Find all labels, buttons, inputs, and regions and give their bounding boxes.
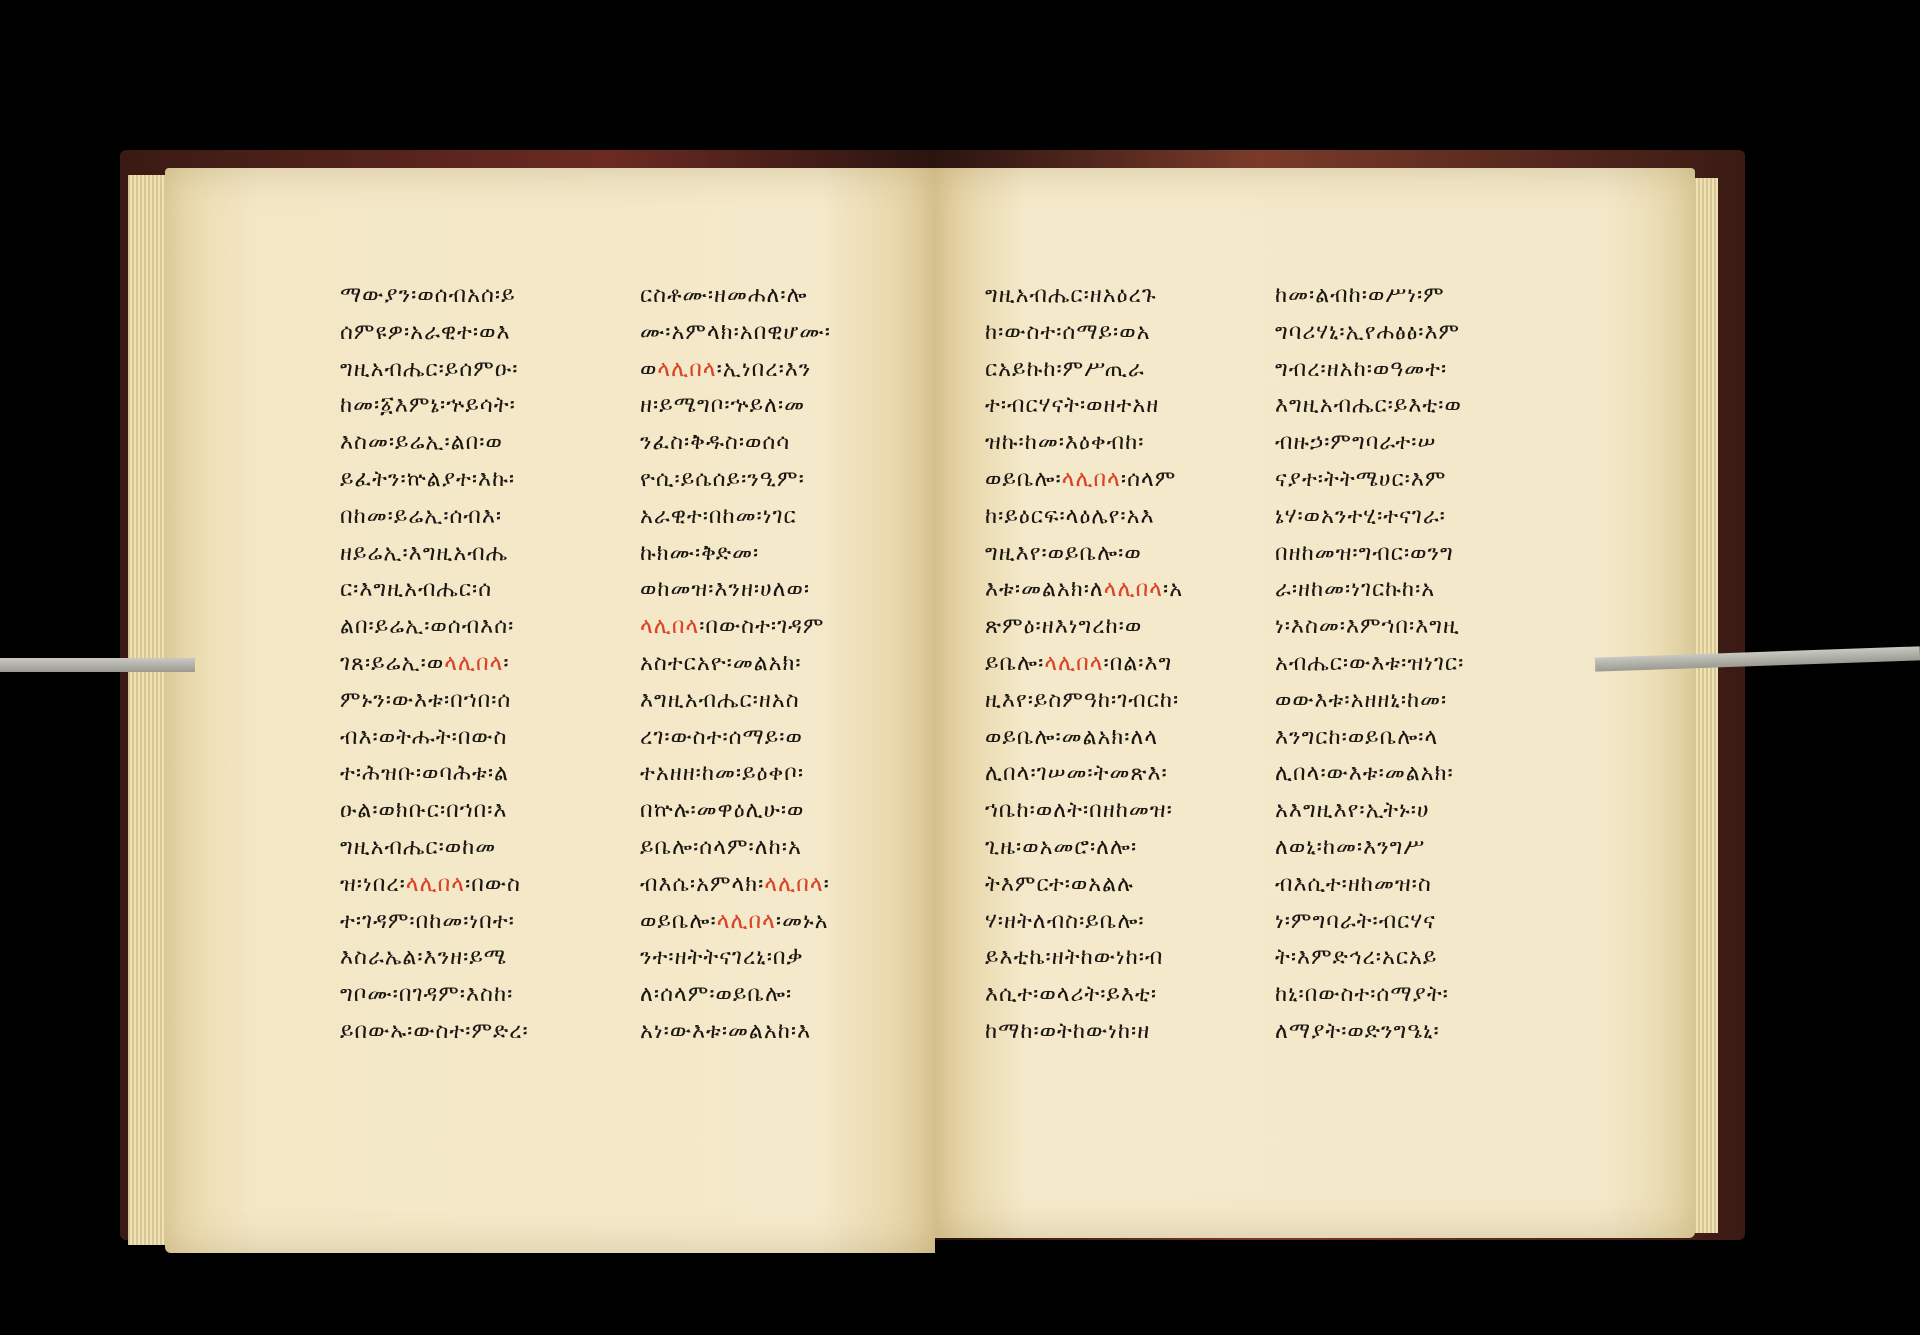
manuscript-line: ወላሊበላ፡ኢነበረ፡እን xyxy=(640,352,831,389)
manuscript-line: ግቦሙ፡በገዳም፡እስከ፡ xyxy=(340,977,529,1014)
manuscript-line: ላሊበላ፡በውስተ፡ገዳም xyxy=(640,609,831,646)
manuscript-line: ከኒ፡በውስተ፡ሰማያት፡ xyxy=(1275,977,1464,1014)
manuscript-line: ራ፡ዘከመ፡ነገርኩከ፡አ xyxy=(1275,572,1464,609)
manuscript-line: ግዚአብሔር፡ዘአዕረጉ xyxy=(985,278,1183,315)
manuscript-line: ተ፡ብርሃናት፡ወዘተአዘ xyxy=(985,388,1183,425)
rubric-word: ላሊበላ xyxy=(1104,577,1163,602)
manuscript-line: አስተርአዮ፡መልአክ፡ xyxy=(640,646,831,683)
bookmark-strip-left xyxy=(0,658,195,672)
rubric-word: ላሊበላ xyxy=(640,614,699,639)
manuscript-line: ትእምርተ፡ወአልሉ xyxy=(985,867,1183,904)
manuscript-line: ሰምዩዎ፡አራዊተ፡ወእ xyxy=(340,315,529,352)
manuscript-line: ተ፡ገዳም፡በከመ፡ነበተ፡ xyxy=(340,904,529,941)
text-column-1: ማውያን፡ወሰብአሰ፡ይሰምዩዎ፡አራዊተ፡ወእግዚአብሔር፡ይሰምዑ፡ከመ፡፩… xyxy=(340,278,529,1051)
manuscript-line: ነ፡እስመ፡እምኀበ፡እግዚ xyxy=(1275,609,1464,646)
manuscript-line: ለማያት፡ወድንግዔኒ፡ xyxy=(1275,1014,1464,1051)
page-edges-left xyxy=(128,175,168,1245)
rubric-word: ላሊበላ xyxy=(764,872,823,897)
manuscript-line: ብእሲተ፡ዘከመዝ፡ስ xyxy=(1275,867,1464,904)
manuscript-line: ከ፡ውስተ፡ሰማይ፡ወአ xyxy=(985,315,1183,352)
manuscript-line: በዘከመዝ፡ግብር፡ወንግ xyxy=(1275,536,1464,573)
manuscript-line: ይፈትን፡ኵልያተ፡እኩ፡ xyxy=(340,462,529,499)
manuscript-line: እቱ፡መልአክ፡ለላሊበላ፡አ xyxy=(985,572,1183,609)
text-column-3: ግዚአብሔር፡ዘአዕረጉከ፡ውስተ፡ሰማይ፡ወአርአይኩከ፡ምሥጢራተ፡ብርሃና… xyxy=(985,278,1183,1051)
manuscript-line: ዝ፡ነበረ፡ላሊበላ፡በውስ xyxy=(340,867,529,904)
manuscript-line: ለወኒ፡ከመ፡እንግሥ xyxy=(1275,830,1464,867)
manuscript-line: ግብረ፡ዘአከ፡ወዓመተ፡ xyxy=(1275,352,1464,389)
manuscript-line: ሊበላ፡ውእቱ፡መልአክ፡ xyxy=(1275,756,1464,793)
manuscript-line: አብሔር፡ውእቱ፡ዝነገር፡ xyxy=(1275,646,1464,683)
manuscript-line: ብእ፡ወትሑት፡በውስ xyxy=(340,720,529,757)
manuscript-line: ለ፡ሰላም፡ወይቤሎ፡ xyxy=(640,977,831,1014)
text-column-2: ርስቶሙ፡ዘመሐለ፡ሎሙ፡አምላክ፡አበዊሆሙ፡ወላሊበላ፡ኢነበረ፡እንዘ፡ይ… xyxy=(640,278,831,1051)
manuscript-line: ኀቤከ፡ወለት፡በዘከመዝ፡ xyxy=(985,793,1183,830)
manuscript-line: ግባሪሃኒ፡ኢየሐፅፅ፡እም xyxy=(1275,315,1464,352)
manuscript-line: ይቤሎ፡ሰላም፡ለከ፡አ xyxy=(640,830,831,867)
manuscript-line: እንግርከ፡ወይቤሎ፡ላ xyxy=(1275,720,1464,757)
manuscript-line: ከመ፡ልብከ፡ወሥነ፡ም xyxy=(1275,278,1464,315)
manuscript-line: ከ፡ይዕርፍ፡ላዕሌየ፡አእ xyxy=(985,499,1183,536)
manuscript-line: ሊበላ፡ገሠመ፡ትመጽእ፡ xyxy=(985,756,1183,793)
manuscript-line: ጽምዕ፡ዘእነግረከ፡ወ xyxy=(985,609,1183,646)
manuscript-line: ምኑን፡ውእቱ፡በኀበ፡ሰ xyxy=(340,683,529,720)
manuscript-line: ነ፡ምግባራት፡ብርሃና xyxy=(1275,904,1464,941)
manuscript-line: ሃ፡ዘትለብስ፡ይቤሎ፡ xyxy=(985,904,1183,941)
rubric-word: ላሊበላ xyxy=(1062,467,1121,492)
manuscript-line: ር፡እግዚአብሔር፡ሰ xyxy=(340,572,529,609)
manuscript-line: እስራኤል፡እንዘ፡ይሜ xyxy=(340,940,529,977)
manuscript-line: በከመ፡ይሬኢ፡ሰብእ፡ xyxy=(340,499,529,536)
manuscript-line: ግዚአብሔር፡ይሰምዑ፡ xyxy=(340,352,529,389)
manuscript-line: ወይቤሎ፡መልአክ፡ለላ xyxy=(985,720,1183,757)
manuscript-line: ይበውኡ፡ውስተ፡ምድረ፡ xyxy=(340,1014,529,1051)
manuscript-line: ርአይኩከ፡ምሥጢራ xyxy=(985,352,1183,389)
manuscript-line: ኩክሙ፡ቅድመ፡ xyxy=(640,536,831,573)
manuscript-line: ጊዜ፡ወአመሮ፡ለሎ፡ xyxy=(985,830,1183,867)
manuscript-line: ተአዘዘ፡ከመ፡ይዕቀቦ፡ xyxy=(640,756,831,793)
manuscript-line: ብእሴ፡አምላክ፡ላሊበላ፡ xyxy=(640,867,831,904)
manuscript-line: ዘይሬኢ፡እግዚአብሔ xyxy=(340,536,529,573)
manuscript-line: ማውያን፡ወሰብአሰ፡ይ xyxy=(340,278,529,315)
manuscript-line: ከመ፡፩እምኔ፡ኍይሳት፡ xyxy=(340,388,529,425)
manuscript-line: አነ፡ውእቱ፡መልአከ፡እ xyxy=(640,1014,831,1051)
rubric-word: ላሊበላ xyxy=(657,357,716,382)
manuscript-line: ዑል፡ወክቡር፡በኀበ፡እ xyxy=(340,793,529,830)
manuscript-line: ብዙኃ፡ምግባራተ፡ሠ xyxy=(1275,425,1464,462)
manuscript-line: ንፈስ፡ቅዱስ፡ወሰሳ xyxy=(640,425,831,462)
manuscript-line: ርስቶሙ፡ዘመሐለ፡ሎ xyxy=(640,278,831,315)
manuscript-line: ንተ፡ዘትትናገረኒ፡በቃ xyxy=(640,940,831,977)
manuscript-line: ት፡እምድኅረ፡አርአይ xyxy=(1275,940,1464,977)
rubric-word: ላሊበላ xyxy=(444,651,503,676)
manuscript-line: ዚእየ፡ይስምዓከ፡ገብርከ፡ xyxy=(985,683,1183,720)
manuscript-line: አራዊተ፡በከመ፡ነገር xyxy=(640,499,831,536)
manuscript-line: እስመ፡ይሬኢ፡ልበ፡ወ xyxy=(340,425,529,462)
manuscript-line: ረገ፡ውስተ፡ሰማይ፡ወ xyxy=(640,720,831,757)
manuscript-line: ገጸ፡ይሬኢ፡ወላሊበላ፡ xyxy=(340,646,529,683)
manuscript-line: ዝኩ፡ከመ፡እዕቀብከ፡ xyxy=(985,425,1183,462)
manuscript-line: ከማከ፡ወትከውነከ፡ዘ xyxy=(985,1014,1183,1051)
manuscript-line: ወይቤሎ፡ላሊበላ፡ሰላም xyxy=(985,462,1183,499)
manuscript-line: በኵሉ፡መዋዕሊሁ፡ወ xyxy=(640,793,831,830)
rubric-word: ላሊበላ xyxy=(406,872,465,897)
manuscript-line: ዘ፡ይሜግቦ፡ኍይለ፡መ xyxy=(640,388,831,425)
manuscript-line: ግዚአብሔር፡ወከመ xyxy=(340,830,529,867)
manuscript-line: ዮሲ፡ይሴሰይ፡ንዒም፡ xyxy=(640,462,831,499)
manuscript-line: ኔሃ፡ወአንተሂ፡ተናገራ፡ xyxy=(1275,499,1464,536)
manuscript-line: ግዚእየ፡ወይቤሎ፡ወ xyxy=(985,536,1183,573)
manuscript-line: ወይቤሎ፡ላሊበላ፡መኑአ xyxy=(640,904,831,941)
manuscript-line: ይእቲኬ፡ዘትከውነከ፡ብ xyxy=(985,940,1183,977)
text-column-4: ከመ፡ልብከ፡ወሥነ፡ምግባሪሃኒ፡ኢየሐፅፅ፡እምግብረ፡ዘአከ፡ወዓመተ፡እ… xyxy=(1275,278,1464,1051)
manuscript-line: ወውእቱ፡አዘዘኒ፡ከመ፡ xyxy=(1275,683,1464,720)
rubric-word: ላሊበላ xyxy=(717,909,776,934)
manuscript-line: አእግዚእየ፡ኢትኑ፡ሀ xyxy=(1275,793,1464,830)
rubric-word: ላሊበላ xyxy=(1044,651,1103,676)
manuscript-line: ናያተ፡ትትሜሀር፡እም xyxy=(1275,462,1464,499)
manuscript-line: እግዚአብሔር፡ዘአስ xyxy=(640,683,831,720)
manuscript-line: ወከመዝ፡እንዘ፡ሀለወ፡ xyxy=(640,572,831,609)
manuscript-line: ሙ፡አምላክ፡አበዊሆሙ፡ xyxy=(640,315,831,352)
manuscript-line: እግዚአብሔር፡ይእቲ፡ወ xyxy=(1275,388,1464,425)
manuscript-line: እሲተ፡ወላሪት፡ይእቲ፡ xyxy=(985,977,1183,1014)
manuscript-line: ልበ፡ይሬኢ፡ወሰብእሰ፡ xyxy=(340,609,529,646)
manuscript-line: ይቤሎ፡ላሊበላ፡በል፡እግ xyxy=(985,646,1183,683)
manuscript-line: ተ፡ሕዝቡ፡ወባሕቱ፡ል xyxy=(340,756,529,793)
